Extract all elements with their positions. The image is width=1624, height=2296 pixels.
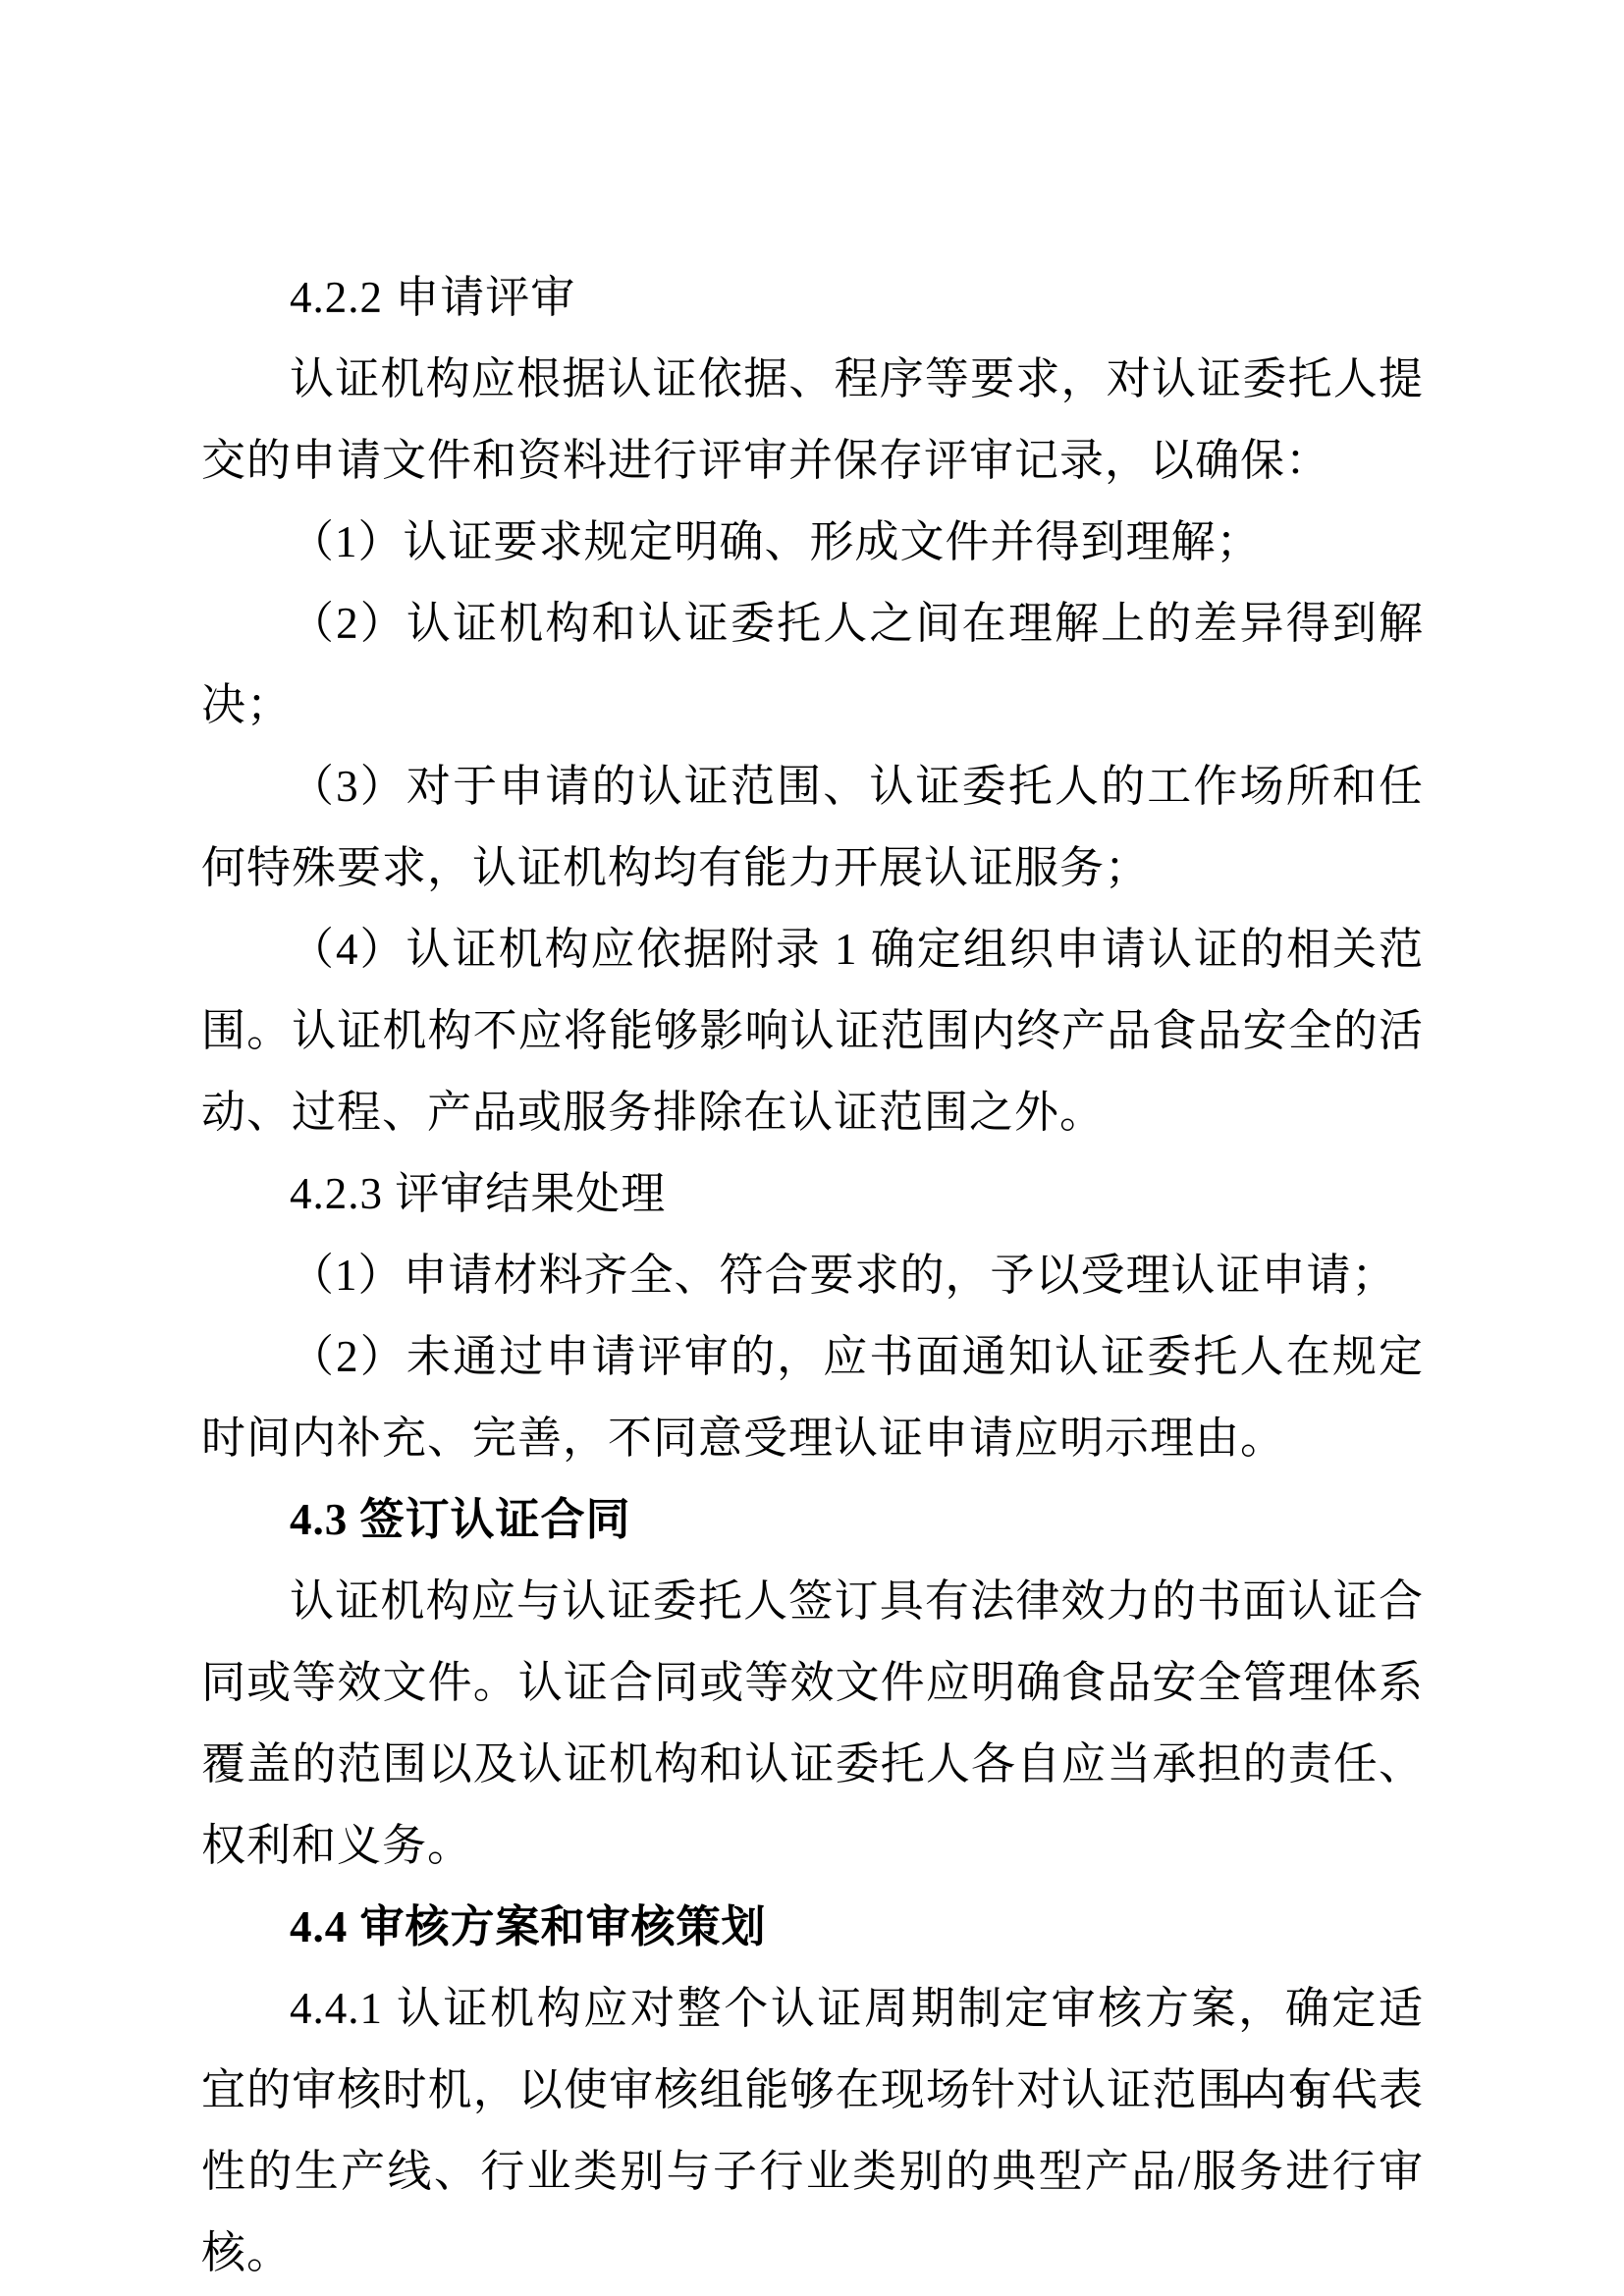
section-heading: 4.2.2 申请评审 [201, 257, 1424, 339]
page-number: — 9 — [1235, 2069, 1379, 2118]
document-paragraph: （2）认证机构和认证委托人之间在理解上的差异得到解决； [201, 583, 1424, 746]
document-paragraph: （1）申请材料齐全、符合要求的，予以受理认证申请； [201, 1235, 1424, 1316]
document-paragraph: （3）对于申请的认证范围、认证委托人的工作场所和任何特殊要求，认证机构均有能力开… [201, 746, 1424, 909]
section-heading: 4.2.3 评审结果处理 [201, 1153, 1424, 1235]
document-paragraph: （2）未通过申请评审的，应书面通知认证委托人在规定时间内补充、完善，不同意受理认… [201, 1316, 1424, 1479]
section-heading: 4.4 审核方案和审核策划 [201, 1887, 1424, 1968]
document-paragraph: （1）认证要求规定明确、形成文件并得到理解； [201, 502, 1424, 583]
document-paragraph: 认证机构应根据认证依据、程序等要求，对认证委托人提交的申请文件和资料进行评审并保… [201, 339, 1424, 502]
document-page: 4.2.2 申请评审认证机构应根据认证依据、程序等要求，对认证委托人提交的申请文… [0, 0, 1624, 2296]
document-paragraph: 4.4.1 认证机构应对整个认证周期制定审核方案，确定适宜的审核时机，以使审核组… [201, 1968, 1424, 2294]
document-paragraph: 认证机构应与认证委托人签订具有法律效力的书面认证合同或等效文件。认证合同或等效文… [201, 1561, 1424, 1887]
section-heading: 4.3 签订认证合同 [201, 1479, 1424, 1561]
document-content: 4.2.2 申请评审认证机构应根据认证依据、程序等要求，对认证委托人提交的申请文… [201, 257, 1424, 2294]
document-paragraph: （4）认证机构应依据附录 1 确定组织申请认证的相关范围。认证机构不应将能够影响… [201, 909, 1424, 1153]
